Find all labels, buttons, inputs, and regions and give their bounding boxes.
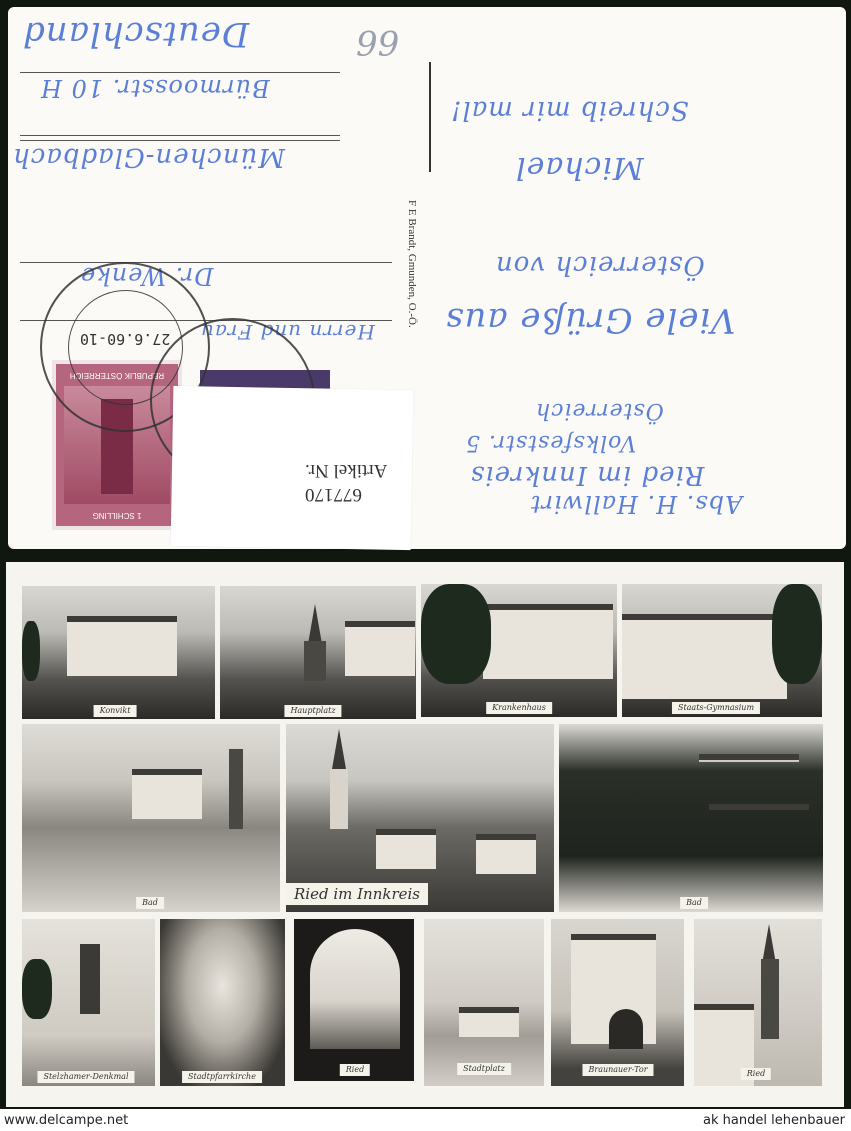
sender-line: Österreich — [535, 398, 664, 423]
photo-stadtplatz — [424, 919, 544, 1086]
building — [376, 829, 436, 869]
caption-bad-1: Bad — [136, 897, 164, 909]
message-line: Viele Grüße aus — [445, 300, 735, 340]
photo-ried-church — [694, 919, 822, 1086]
address-line — [20, 135, 340, 136]
footer-site-link[interactable]: www.delcampe.net — [4, 1113, 128, 1128]
publisher-imprint: F E Brandt, Gmunden, O.-Ö. — [406, 200, 418, 328]
diving-tower — [229, 749, 243, 829]
stamp-value: 1 SCHILLING — [62, 508, 172, 522]
building — [345, 621, 415, 676]
photo-staats-gymnasium — [622, 584, 822, 717]
caption-title: Ried im Innkreis — [286, 883, 428, 905]
footer-seller-name: ak handel lehenbauer — [703, 1113, 845, 1128]
photo-braunauer-tor — [551, 919, 684, 1086]
article-label-text: 677170 Artikel Nr. — [305, 458, 387, 506]
article-label-title: Artikel Nr. — [305, 458, 387, 482]
caption-ried-church: Ried — [741, 1068, 771, 1080]
church-spire — [332, 729, 346, 769]
caption-konvikt: Konvikt — [94, 705, 137, 717]
building — [622, 614, 787, 699]
diving-platform — [699, 754, 799, 762]
gate-arch — [609, 1009, 643, 1049]
address-city: München-Gladbach — [12, 142, 285, 172]
caption-stelzhamer-denkmal: Stelzhamer-Denkmal — [37, 1071, 134, 1083]
tree — [22, 959, 52, 1019]
photo-konvikt — [22, 586, 215, 719]
deckled-edge-bottom — [0, 544, 851, 556]
caption-ried-arch: Ried — [340, 1064, 370, 1076]
center-divider — [429, 62, 431, 172]
tree — [22, 621, 40, 681]
address-line — [20, 72, 340, 73]
address-country: Deutschland — [22, 14, 249, 54]
caption-stadtplatz: Stadtplatz — [457, 1063, 511, 1075]
caption-hauptplatz: Hauptplatz — [284, 705, 341, 717]
caption-krankenhaus: Krankenhaus — [486, 702, 552, 714]
postcard-back: F E Brandt, Gmunden, O.-Ö. 66 Deutschlan… — [0, 0, 851, 556]
diving-platform — [709, 804, 809, 810]
church-tower — [304, 641, 326, 681]
building — [459, 1007, 519, 1037]
tree — [772, 584, 822, 684]
message-line: Schreib mir mal! — [450, 95, 689, 125]
photo-bad-2 — [559, 724, 823, 912]
photo-hauptplatz — [220, 586, 416, 719]
sender-line: Ried im Innkreis — [470, 460, 704, 490]
building — [476, 834, 536, 874]
arch-opening — [310, 929, 400, 1049]
building — [67, 616, 177, 676]
message-line: Österreich von — [495, 250, 705, 280]
sender-line: Volksfeststr. 5 — [465, 430, 636, 455]
caption-bad-2: Bad — [680, 897, 708, 909]
caption-staats-gymnasium: Staats-Gymnasium — [672, 702, 760, 714]
address-street: Bürmoosstr. 10 H — [40, 74, 270, 102]
statue — [80, 944, 100, 1014]
pencil-note: 66 — [356, 22, 399, 62]
caption-stadtpfarrkirche: Stadtpfarrkirche — [182, 1071, 262, 1083]
article-number: 677170 — [305, 482, 387, 506]
church-spire — [762, 924, 776, 964]
message-line: Michael — [515, 150, 644, 185]
footer: www.delcampe.net ak handel lehenbauer — [0, 1111, 851, 1131]
photo-ried-arch — [294, 919, 414, 1081]
photo-krankenhaus — [421, 584, 617, 717]
address-line — [20, 140, 340, 141]
building — [483, 604, 613, 679]
photo-bad-1 — [22, 724, 280, 912]
photo-stelzhamer-denkmal — [22, 919, 155, 1086]
church-tower — [761, 959, 779, 1039]
tree — [421, 584, 491, 684]
church-spire — [308, 604, 322, 644]
sender-line: Abs. H. Hallwirt — [530, 490, 742, 518]
church-tower — [330, 769, 348, 829]
caption-braunauer-tor: Braunauer-Tor — [582, 1064, 653, 1076]
postmark-date: 27.6.60-10 — [80, 330, 170, 348]
building — [132, 769, 202, 819]
photo-stadtpfarrkirche — [160, 919, 285, 1086]
